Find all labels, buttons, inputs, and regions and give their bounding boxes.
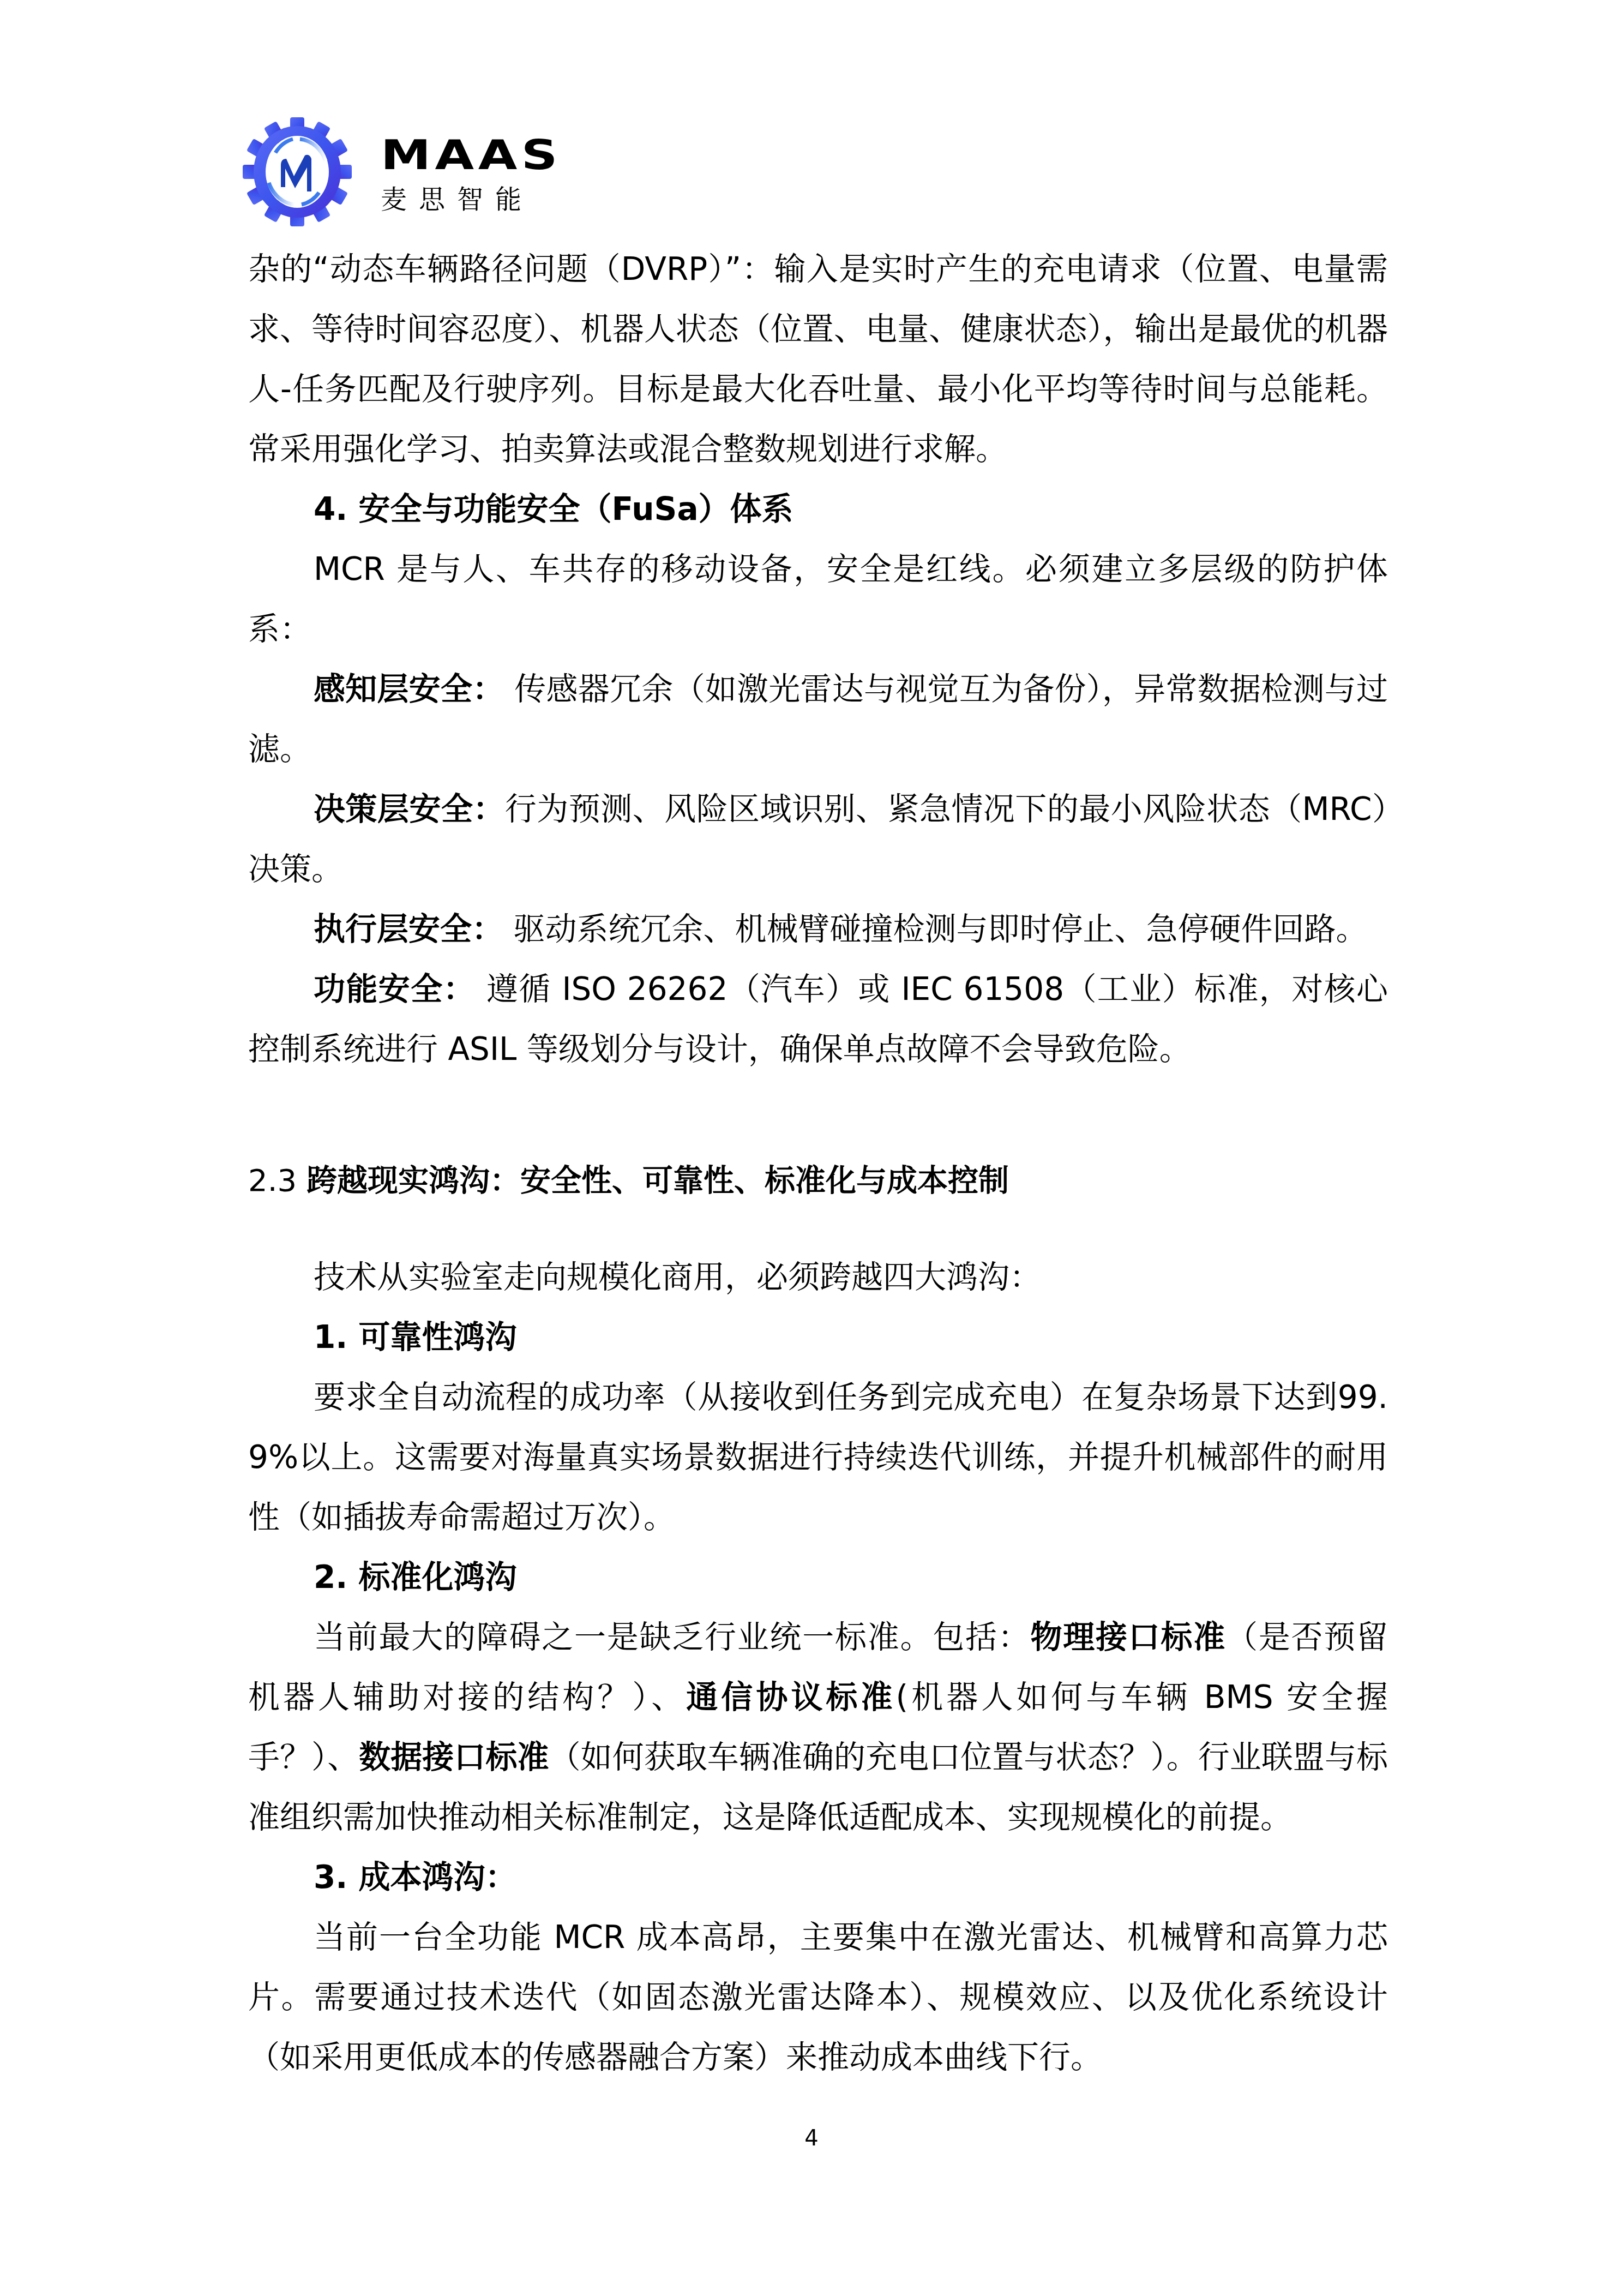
- document-body: 杂的“动态车辆路径问题（DVRP）”：输入是实时产生的充电请求（位置、电量需求、…: [248, 239, 1388, 2087]
- page-number: 4: [0, 2125, 1623, 2152]
- heading-cost-gap: 3. 成本鸿沟：: [248, 1847, 1388, 1907]
- paragraph-reliability: 要求全自动流程的成功率（从接收到任务到完成充电）在复杂场景下达到99.9%以上。…: [248, 1367, 1388, 1547]
- term-physical-interface: 物理接口标准: [1030, 1618, 1226, 1656]
- safety-item-functional: 功能安全： 遵循 ISO 26262（汽车）或 IEC 61508（工业）标准，…: [248, 959, 1388, 1079]
- logo-wordmark: MAAS: [381, 135, 572, 176]
- section-title: 跨越现实鸿沟：安全性、可靠性、标准化与成本控制: [306, 1163, 1009, 1198]
- company-logo: MAAS 麦思智能: [240, 115, 589, 229]
- safety-item-label: 功能安全：: [314, 970, 476, 1008]
- paragraph-dvrp: 杂的“动态车辆路径问题（DVRP）”：输入是实时产生的充电请求（位置、电量需求、…: [248, 239, 1388, 479]
- paragraph-section-intro: 技术从实验室走向规模化商用，必须跨越四大鸿沟：: [248, 1247, 1388, 1307]
- safety-item-decision: 决策层安全：行为预测、风险区域识别、紧急情况下的最小风险状态（MRC）决策。: [248, 779, 1388, 899]
- safety-item-text: 驱动系统冗余、机械臂碰撞检测与即时停止、急停硬件回路。: [503, 910, 1367, 948]
- safety-item-label: 执行层安全：: [314, 910, 503, 948]
- section-number: 2.3: [248, 1163, 297, 1198]
- paragraph-standardization: 当前最大的障碍之一是缺乏行业统一标准。包括：物理接口标准（是否预留机器人辅助对接…: [248, 1607, 1388, 1847]
- paragraph-cost: 当前一台全功能 MCR 成本高昂，主要集中在激光雷达、机械臂和高算力芯片。需要通…: [248, 1907, 1388, 2087]
- text-segment: 当前最大的障碍之一是缺乏行业统一标准。包括：: [314, 1618, 1030, 1656]
- section-heading-2-3: 2.3跨越现实鸿沟：安全性、可靠性、标准化与成本控制: [248, 1151, 1388, 1211]
- heading-safety-system: 4. 安全与功能安全（FuSa）体系: [248, 479, 1388, 539]
- term-communication-protocol: 通信协议标准: [686, 1678, 895, 1716]
- paragraph-safety-intro: MCR 是与人、车共存的移动设备，安全是红线。必须建立多层级的防护体系：: [248, 539, 1388, 659]
- safety-item-execution: 执行层安全： 驱动系统冗余、机械臂碰撞检测与即时停止、急停硬件回路。: [248, 899, 1388, 959]
- heading-standardization-gap: 2. 标准化鸿沟: [248, 1547, 1388, 1607]
- safety-item-perception: 感知层安全： 传感器冗余（如激光雷达与视觉互为备份），异常数据检测与过滤。: [248, 659, 1388, 779]
- gear-m-logo-icon: [240, 115, 354, 229]
- safety-item-label: 感知层安全：: [314, 670, 504, 708]
- safety-item-label: 决策层安全：: [314, 790, 505, 828]
- heading-reliability-gap: 1. 可靠性鸿沟: [248, 1307, 1388, 1367]
- logo-chinese-name: 麦思智能: [381, 183, 533, 216]
- term-data-interface: 数据接口标准: [359, 1739, 549, 1776]
